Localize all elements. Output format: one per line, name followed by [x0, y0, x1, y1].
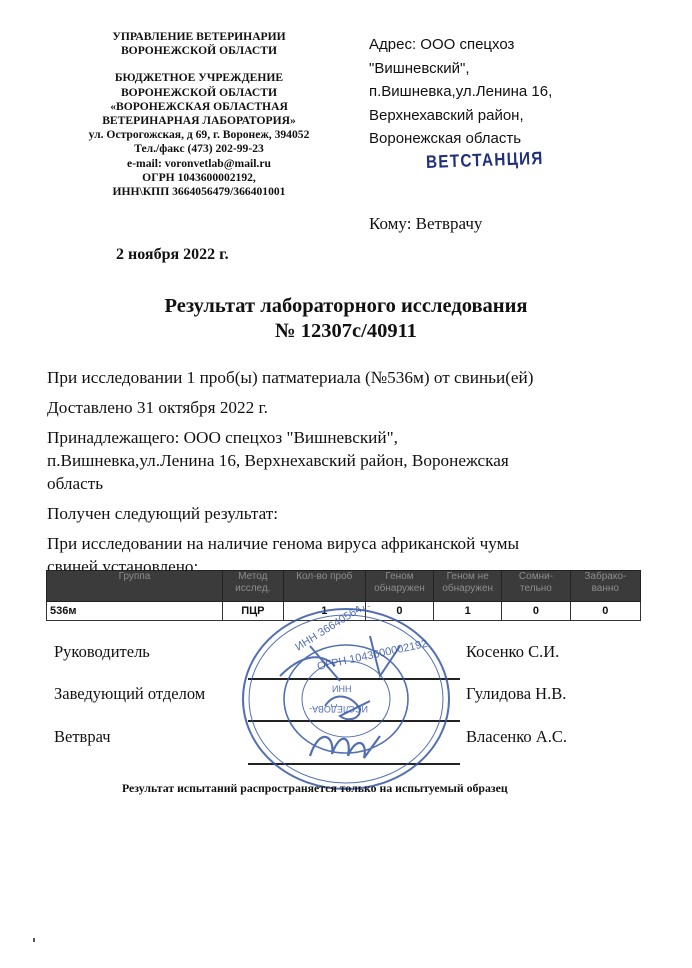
- study-text: При исследовании 1 проб(ы) патматериала …: [47, 366, 657, 389]
- org-line: БЮДЖЕТНОЕ УЧРЕЖДЕНИЕ: [62, 71, 336, 85]
- org-inn: ИНН\КПП 3664056479/366401001: [62, 185, 336, 199]
- org-phone: Тел./факс (473) 202-99-23: [62, 142, 336, 156]
- cell-doubtful: 0: [502, 602, 570, 621]
- svg-text:ИССЛЕДОВА-: ИССЛЕДОВА-: [309, 704, 368, 714]
- org-line: ВЕТЕРИНАРНАЯ ЛАБОРАТОРИЯ»: [62, 114, 336, 128]
- col-detected: Геном обнаружен: [365, 571, 433, 602]
- document-body: При исследовании 1 проб(ы) патматериала …: [47, 366, 657, 578]
- cell-rejected: 0: [570, 602, 640, 621]
- address-line: Воронежская область: [369, 127, 639, 151]
- signature-name-dept: Гулидова Н.В.: [466, 684, 566, 704]
- col-group: Группа: [47, 571, 223, 602]
- col-method: Метод исслед.: [222, 571, 283, 602]
- organization-header: УПРАВЛЕНИЕ ВЕТЕРИНАРИИ ВОРОНЕЖСКОЙ ОБЛАС…: [62, 30, 336, 199]
- org-email: e-mail: voronvetlab@mail.ru: [62, 157, 336, 171]
- document-number: № 12307с/40911: [80, 319, 612, 344]
- scan-artifact: [33, 938, 35, 942]
- cell-group: 536м: [47, 602, 223, 621]
- signature-role-vet: Ветврач: [54, 727, 111, 747]
- official-seal-icon: ИНН 3664056479 ОГРН 1043600002192 ИНН ИС…: [240, 606, 452, 792]
- title-line: Результат лабораторного исследования: [80, 294, 612, 319]
- signature-role-head: Руководитель: [54, 642, 150, 662]
- vetstation-stamp: ВЕТСТАНЦИЯ: [426, 148, 544, 173]
- owner-text: Принадлежащего: ООО спецхоз "Вишневский"…: [47, 426, 657, 449]
- org-line: ВОРОНЕЖСКОЙ ОБЛАСТИ: [62, 44, 336, 58]
- org-line: «ВОРОНЕЖСКАЯ ОБЛАСТНАЯ: [62, 100, 336, 114]
- org-ogrn: ОГРН 1043600002192,: [62, 171, 336, 185]
- address-line: Адрес: ООО спецхоз: [369, 33, 639, 57]
- signature-role-dept: Заведующий отделом: [54, 684, 205, 704]
- org-address: ул. Острогожская, д 69, г. Воронеж, 3940…: [62, 128, 336, 142]
- result-intro: Получен следующий результат:: [47, 502, 657, 525]
- document-date: 2 ноября 2022 г.: [116, 246, 229, 264]
- document-title: Результат лабораторного исследования № 1…: [80, 294, 612, 344]
- svg-text:ИНН: ИНН: [332, 684, 351, 694]
- footer-note: Результат испытаний распространяется тол…: [122, 781, 508, 796]
- col-count: Кол-во проб: [283, 571, 365, 602]
- finding-text: При исследовании на наличие генома вирус…: [47, 532, 657, 555]
- address-line: Верхнехавский район,: [369, 104, 639, 128]
- col-not-detected: Геном не обнаружен: [434, 571, 502, 602]
- owner-text: п.Вишневка,ул.Ленина 16, Верхнехавский р…: [47, 449, 657, 472]
- owner-text: область: [47, 472, 657, 495]
- org-line: УПРАВЛЕНИЕ ВЕТЕРИНАРИИ: [62, 30, 336, 44]
- signature-name-head: Косенко С.И.: [466, 642, 559, 662]
- address-line: "Вишневский",: [369, 57, 639, 81]
- org-line: ВОРОНЕЖСКОЙ ОБЛАСТИ: [62, 86, 336, 100]
- col-doubtful: Сомни-тельно: [502, 571, 570, 602]
- col-rejected: Забрако-ванно: [570, 571, 640, 602]
- signature-name-vet: Власенко А.С.: [466, 727, 567, 747]
- delivered-text: Доставлено 31 октября 2022 г.: [47, 396, 657, 419]
- to-whom: Кому: Ветврачу: [369, 214, 482, 234]
- table-header-row: Группа Метод исслед. Кол-во проб Геном о…: [47, 571, 641, 602]
- recipient-address: Адрес: ООО спецхоз "Вишневский", п.Вишне…: [369, 33, 639, 151]
- address-line: п.Вишневка,ул.Ленина 16,: [369, 80, 639, 104]
